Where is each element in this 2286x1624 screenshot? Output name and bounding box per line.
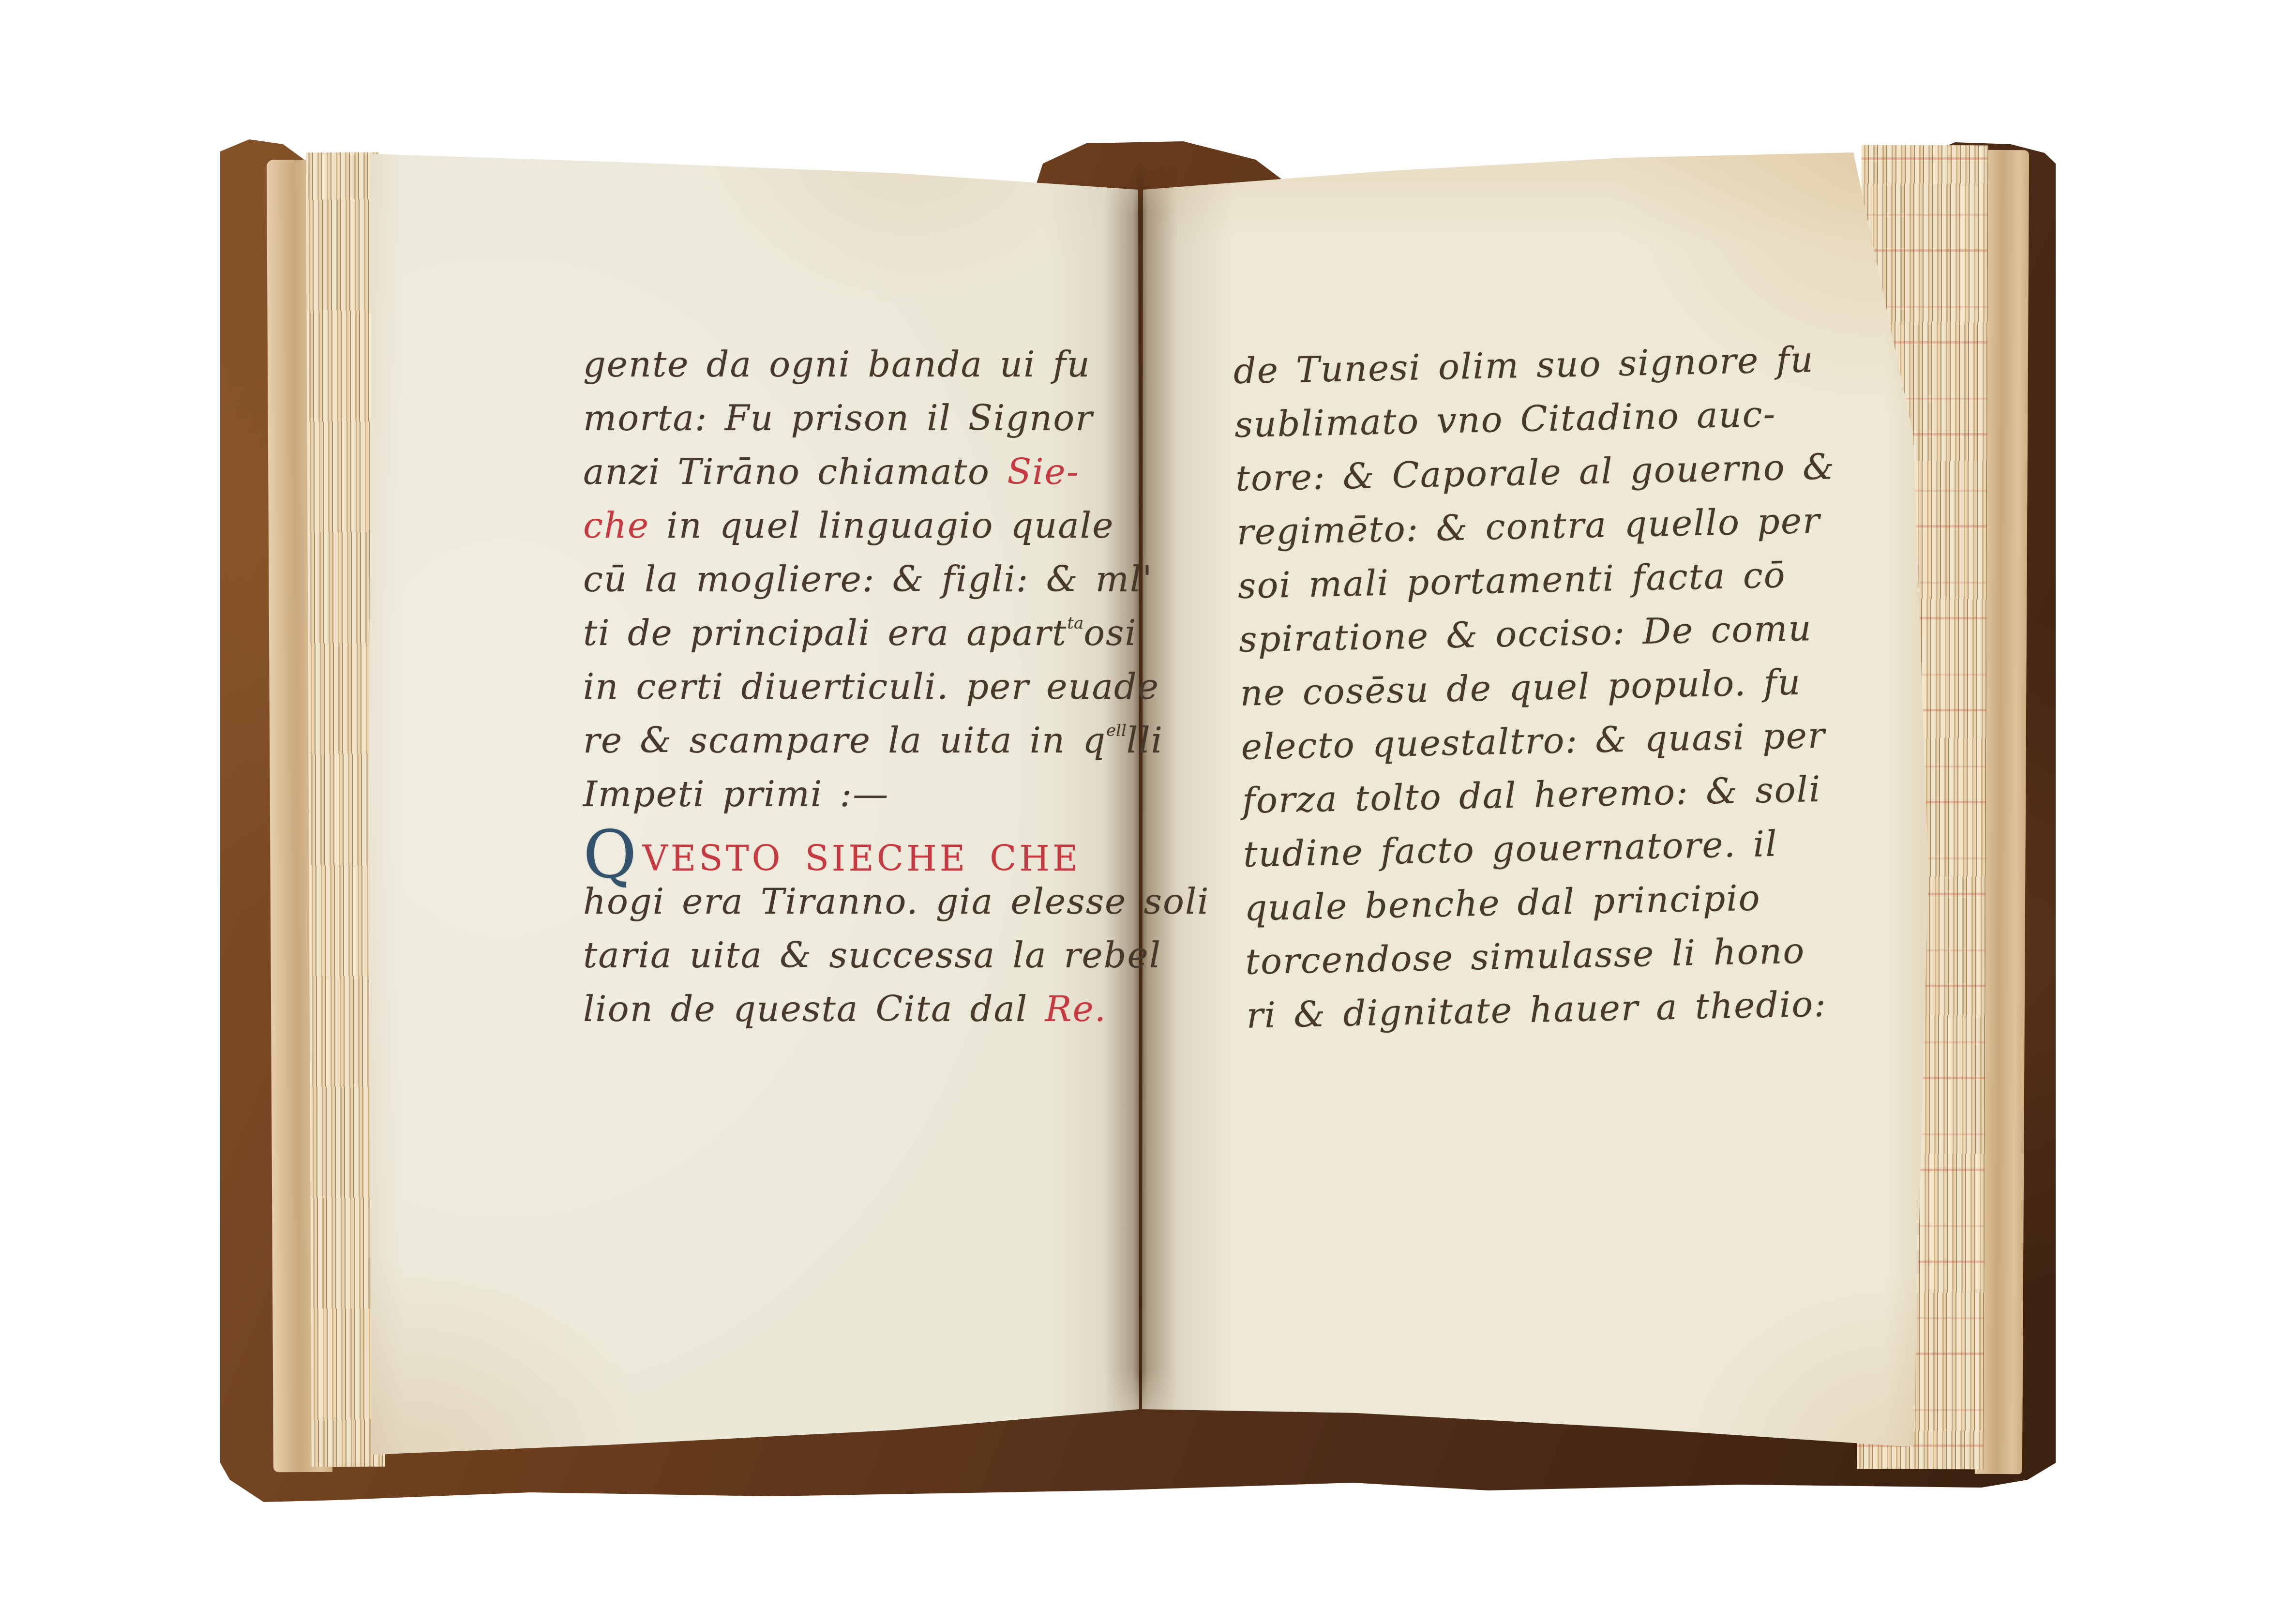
text-segment: gente da ogni banda ui fu	[583, 344, 1091, 385]
manuscript-line: re & scampare la uita in qelllli	[583, 714, 1210, 767]
text-segment: lli	[1127, 720, 1163, 761]
text-segment: morta: Fu prison il Signor	[583, 398, 1093, 439]
manuscript-line: cū la mogliere: & figli: & ml'	[583, 553, 1210, 606]
manuscript-line: che in quel linguagio quale	[583, 499, 1210, 553]
text-segment: re & scampare la uita in q	[583, 720, 1106, 761]
text-segment: ti de principali era apart	[583, 613, 1067, 654]
text-segment: cū la mogliere: & figli: & ml'	[583, 559, 1153, 600]
manuscript-line: anzi Tirāno chiamato Sie-	[583, 445, 1210, 499]
manuscript-line: ti de principali era aparttaosi	[583, 606, 1210, 660]
text-segment: torcendose simulasse li hono	[1245, 931, 1805, 983]
rubricated-word: Re.	[1045, 989, 1107, 1030]
text-segment: electo questaltro: & quasi per	[1241, 715, 1826, 768]
manuscript-line: morta: Fu prison il Signor	[583, 391, 1210, 445]
text-segment: spiratione & occiso: De comu	[1238, 608, 1812, 661]
interlinear-superscript: ta	[1067, 614, 1083, 633]
text-segment: anzi Tirāno chiamato	[583, 451, 1007, 493]
text-segment: regimēto: & contra quello per	[1236, 500, 1821, 553]
illuminated-initial: Q	[583, 817, 638, 893]
text-segment: soi mali portamenti facta cō	[1237, 555, 1786, 607]
manuscript-line: taria uita & successa la rebel	[583, 929, 1210, 982]
manuscript-photo: gente da ogni banda ui fumorta: Fu priso…	[0, 0, 2286, 1624]
text-segment: in certi diuerticuli. per euade	[583, 666, 1159, 707]
manuscript-line: in certi diuerticuli. per euade	[583, 660, 1210, 714]
text-segment: taria uita & successa la rebel	[583, 935, 1161, 976]
left-text-block: gente da ogni banda ui fumorta: Fu priso…	[583, 338, 1210, 1036]
text-segment: tore: & Caporale al gouerno &	[1235, 446, 1835, 499]
text-segment: tudine facto gouernatore. il	[1243, 824, 1778, 875]
text-segment: sublimato vno Citadino auc-	[1234, 394, 1776, 446]
rubricated-word: che	[583, 505, 649, 546]
text-segment: quale benche dal principio	[1244, 877, 1761, 929]
rubric-heading: VESTO SIECHE CHE	[643, 838, 1081, 879]
right-text-block: de Tunesi olim suo signore fusublimato v…	[1233, 332, 1846, 1043]
text-segment: ri & dignitate hauer a thedio:	[1246, 984, 1827, 1037]
text-segment: in quel linguagio quale	[649, 505, 1114, 546]
rubricated-word: Sie-	[1007, 451, 1079, 493]
text-segment: ne cosēsu de quel populo. fu	[1240, 662, 1802, 714]
interlinear-superscript: ell	[1106, 721, 1127, 740]
manuscript-line: QVESTO SIECHE CHE	[583, 821, 1210, 875]
text-segment: osi	[1083, 613, 1137, 654]
manuscript-line: gente da ogni banda ui fu	[583, 338, 1210, 391]
text-segment: forza tolto dal heremo: & soli	[1242, 769, 1821, 822]
text-segment: Impeti primi :—	[583, 774, 889, 815]
text-segment: hogi era Tiranno. gia elesse soli	[583, 881, 1210, 922]
manuscript-line: hogi era Tiranno. gia elesse soli	[583, 875, 1210, 929]
text-segment: lion de questa Cita dal	[583, 989, 1045, 1030]
manuscript-line: lion de questa Cita dal Re.	[583, 982, 1210, 1036]
manuscript-line: Impeti primi :—	[583, 767, 1210, 821]
text-segment: de Tunesi olim suo signore fu	[1233, 339, 1814, 392]
